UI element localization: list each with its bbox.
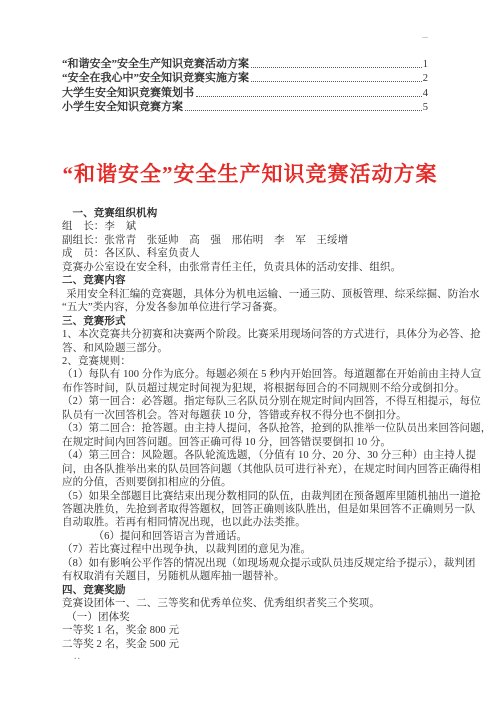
- body-line: （8）如有影响公平作答的情况出现（如现场观众提示或队员违反规定给予提示），裁判团: [62, 557, 440, 570]
- body-line: （5）如果全部题目比赛结束出现分数相同的队伍，由裁判团在预备题库里随机抽出一道抢: [62, 490, 440, 503]
- section-heading: 二、竞赛内容: [62, 274, 440, 287]
- body-line: 在规定时间内回答问题。回答正确可得 10 分，回答错误要倒扣 10 分。: [62, 436, 440, 449]
- body-line: 布作答时间，队员超过规定时间视为犯规，将根据每回合的不同规则不给分或倒扣分。: [62, 382, 440, 395]
- toc-item[interactable]: “和谐安全”安全生产知识竞赛活动方案1: [62, 57, 428, 71]
- body-line: 答题决胜负，先抢到者取得答题权，回答正确则该队胜出，但是如果回答不正确则另一队: [62, 503, 440, 516]
- toc-item-label: 小学生安全知识竞赛方案: [62, 101, 183, 114]
- toc-item-label: “安全在我心中”安全知识竞赛实施方案: [62, 72, 249, 85]
- body-line: 问，由各队推举出来的队员回答问题（其他队员可进行补充），在规定时间内回答正确得相: [62, 463, 440, 476]
- section-heading: 一、竞赛组织机构: [62, 207, 440, 220]
- section-heading: 三、竞赛形式: [62, 315, 440, 328]
- document-title: “和谐安全”安全生产知识竞赛活动方案: [0, 158, 500, 188]
- section-heading: 四、竞赛奖励: [62, 584, 440, 597]
- body-line: （3）第二回合：抢答题。由主持人提问，各队抢答，抢到的队推举一位队员出来回答问题…: [62, 422, 440, 435]
- body-line: 采用安全科汇编的竞赛题，具体分为机电运输、一通三防、顶板管理、综采综掘、防治水: [62, 288, 440, 301]
- page-artifact-mark: –: [423, 32, 429, 43]
- body-line: 成 员：各区队、科室负责人: [62, 247, 440, 260]
- body-line: 应的分值，否则要倒扣相应的分值。: [62, 476, 440, 489]
- toc-item[interactable]: 大学生安全知识竞赛策划书4: [62, 85, 428, 99]
- toc-leader-dots: [251, 81, 422, 82]
- body-line: 1、本次竞赛共分初赛和决赛两个阶段。比赛采用现场问答的方式进行，具体分为必答、抢: [62, 328, 440, 341]
- body-line: （7）若比赛过程中出现争执，以裁判团的意见为准。: [62, 543, 440, 556]
- document-page: – “和谐安全”安全生产知识竞赛活动方案1“安全在我心中”安全知识竞赛实施方案2…: [0, 0, 500, 707]
- body-line: 二等奖 2 名，奖金 500 元: [62, 638, 440, 651]
- toc-item-label: “和谐安全”安全生产知识竞赛活动方案: [62, 58, 249, 71]
- toc-list: “和谐安全”安全生产知识竞赛活动方案1“安全在我心中”安全知识竞赛实施方案2大学…: [62, 57, 428, 114]
- body-line: （一）团体奖: [62, 611, 440, 624]
- body-line: 自动取胜。若再有相同情况出现，也以此办法类推。: [62, 516, 440, 529]
- toc-page-number: 1: [423, 58, 428, 71]
- body-line: （6）提问和回答语言为普通话。: [62, 530, 440, 543]
- body-line: （2）第一回合：必答题。指定每队三名队员分别在规定时间内回答，不得互相提示，每位: [62, 395, 440, 408]
- body-line: “五大”类内容，分发各参加单位进行学习备赛。: [62, 301, 440, 314]
- toc-page-number: 4: [423, 87, 428, 100]
- body-line: 组 长：李 斌: [62, 220, 440, 233]
- body-line: 竞赛设团体一、二、三等奖和优秀单位奖、优秀组织者奖三个奖项。: [62, 597, 440, 610]
- body-line: 答、和风险题三部分。: [62, 342, 440, 355]
- body-line: 2、竞赛规则：: [62, 355, 440, 368]
- body-line: 一等奖 1 名，奖金 800 元: [62, 624, 440, 637]
- document-body: 一、竞赛组织机构组 长：李 斌副组长：张常青 张延帅 高 强 邢佑明 李 军 王…: [62, 207, 440, 651]
- toc-leader-dots: [251, 67, 422, 68]
- page-artifact-footer-mark: ..: [74, 652, 81, 662]
- body-line: （4）第三回合：风险题。各队轮流选题，（分值有 10 分、20 分、30 分三种…: [62, 449, 440, 462]
- body-line: 有权取消有关题目，另随机从题库抽一题替补。: [62, 570, 440, 583]
- toc-page-number: 2: [423, 72, 428, 85]
- body-line: 队员有一次回答机会。答对每题获 10 分，答错或弃权不得分也不倒扣分。: [62, 409, 440, 422]
- body-line: 竞赛办公室设在安全科，由张常青任主任，负责具体的活动安排、组织。: [62, 261, 440, 274]
- toc-page-number: 5: [423, 101, 428, 114]
- toc-item-label: 大学生安全知识竞赛策划书: [62, 87, 194, 100]
- toc-leader-dots: [196, 96, 422, 97]
- toc-item[interactable]: “安全在我心中”安全知识竞赛实施方案2: [62, 71, 428, 85]
- body-line: （1）每队有 100 分作为底分。每题必须在 5 秒内开始回答。每道题都在开始前…: [62, 368, 440, 381]
- toc-leader-dots: [185, 110, 422, 111]
- body-line: 副组长：张常青 张延帅 高 强 邢佑明 李 军 王绥增: [62, 234, 440, 247]
- toc-item[interactable]: 小学生安全知识竞赛方案5: [62, 100, 428, 114]
